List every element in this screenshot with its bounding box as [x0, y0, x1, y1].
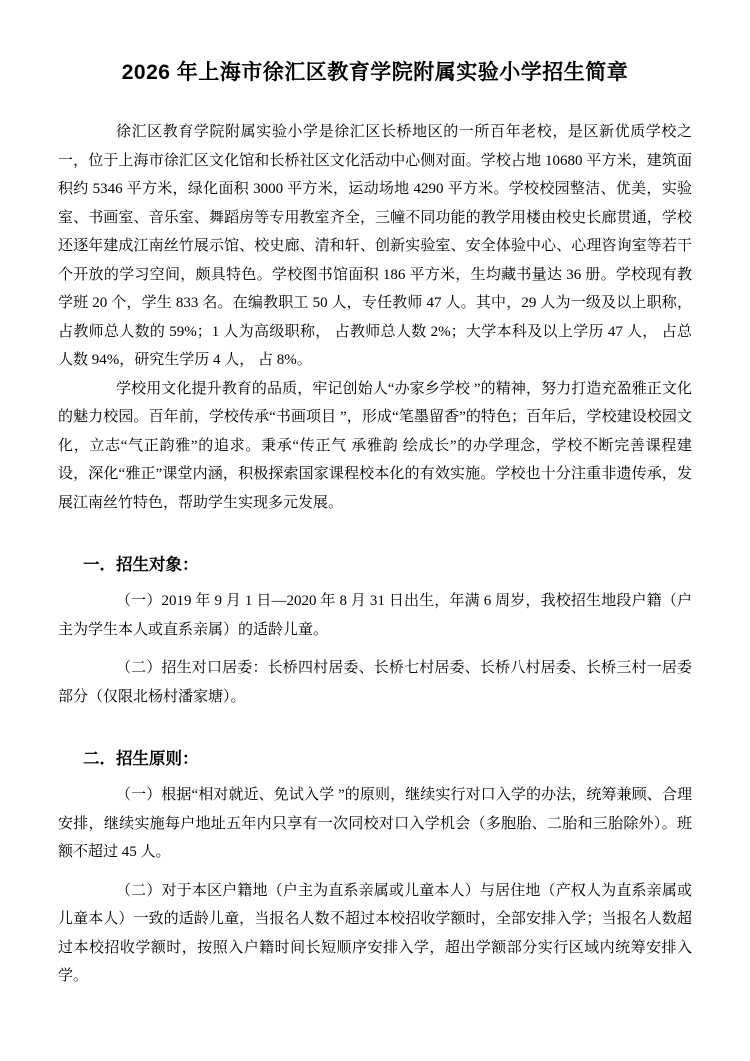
section-heading-enrollment-principles: 二．招生原则： [58, 747, 692, 771]
document-title: 2026 年上海市徐汇区教育学院附属实验小学招生简章 [58, 58, 692, 88]
section-1-item-1: （一）2019 年 9 月 1 日—2020 年 8 月 31 日出生，年满 6… [58, 587, 692, 644]
section-heading-enrollment-targets: 一．招生对象： [58, 553, 692, 577]
intro-paragraph-2: 学校用文化提升教育的品质，牢记创始人“办家乡学校 ”的精神，努力打造充盈雅正文化… [58, 375, 692, 518]
document-page: 2026 年上海市徐汇区教育学院附属实验小学招生简章 徐汇区教育学院附属实验小学… [0, 0, 750, 1061]
section-2-item-1: （一）根据“相对就近、免试入学 ”的原则，继续实行对口入学的办法，统筹兼顾、合理… [58, 781, 692, 867]
section-1-item-2: （二）招生对口居委：长桥四村居委、长桥七村居委、长桥八村居委、长桥三村一居委部分… [58, 654, 692, 711]
section-2-item-2: （二）对于本区户籍地（户主为直系亲属或儿童本人）与居住地（产权人为直系亲属或儿童… [58, 877, 692, 991]
intro-paragraph-1: 徐汇区教育学院附属实验小学是徐汇区长桥地区的一所百年老校，是区新优质学校之一，位… [58, 118, 692, 375]
